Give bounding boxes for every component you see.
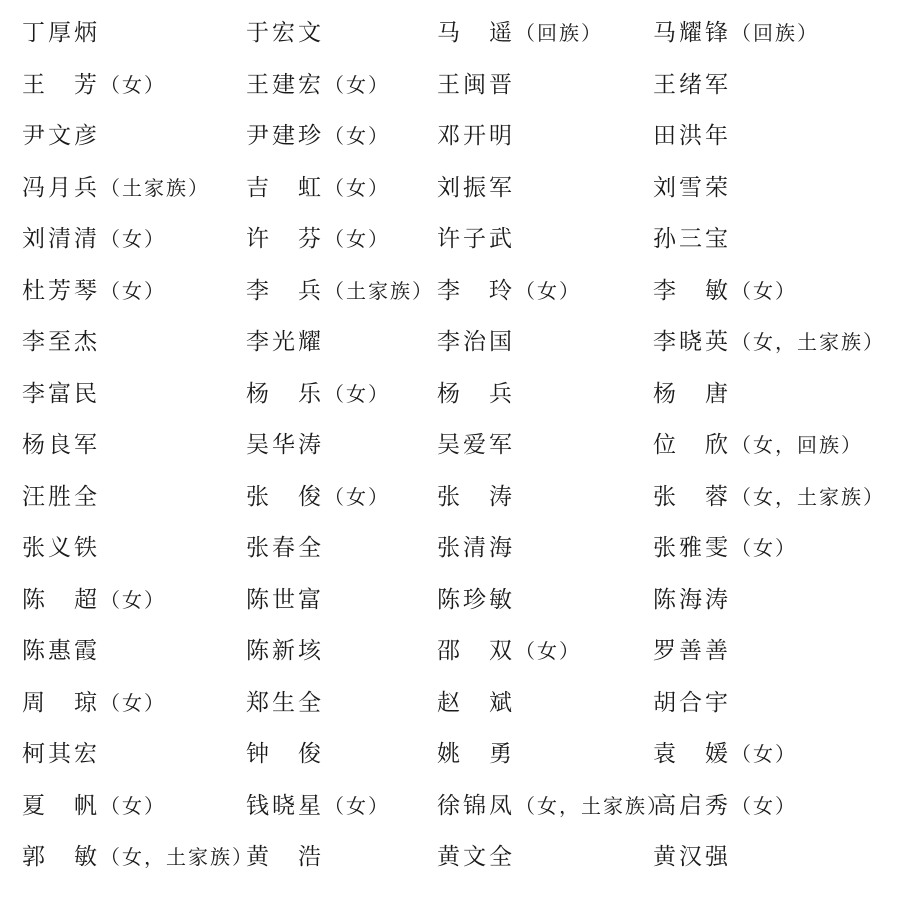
name-entry: 钟 俊 [246, 729, 324, 781]
name-entry: 刘振军 [437, 163, 515, 215]
person-name: 徐锦凤 [437, 793, 515, 819]
name-entry: 罗善善 [653, 626, 731, 678]
person-annotation: （女） [324, 124, 390, 148]
person-name: 刘雪荣 [653, 175, 731, 201]
person-name: 王建宏 [246, 72, 324, 98]
name-entry: 周 琼（女） [22, 678, 166, 730]
person-name: 杨良军 [22, 432, 100, 458]
person-annotation: （女，土家族） [515, 794, 669, 818]
name-list: 丁厚炳于宏文马 遥（回族）马耀锋（回族）王 芳（女）王建宏（女）王闽晋王绪军尹文… [0, 8, 900, 884]
name-entry: 张 俊（女） [246, 472, 390, 524]
person-annotation: （女） [100, 279, 166, 303]
name-row: 张义铁张春全张清海张雅雯（女） [0, 523, 900, 575]
person-name: 陈珍敏 [437, 587, 515, 613]
person-name: 钱晓星 [246, 793, 324, 819]
person-name: 夏 帆 [22, 793, 100, 819]
name-entry: 许子武 [437, 214, 515, 266]
person-annotation: （女） [324, 73, 390, 97]
name-entry: 李 敏（女） [653, 266, 797, 318]
person-name: 张 俊 [246, 484, 324, 510]
person-name: 于宏文 [246, 20, 324, 46]
name-entry: 杨 唐 [653, 369, 731, 421]
name-entry: 王闽晋 [437, 60, 515, 112]
name-entry: 陈新垓 [246, 626, 324, 678]
person-annotation: （女） [324, 176, 390, 200]
name-entry: 袁 媛（女） [653, 729, 797, 781]
name-row: 李富民杨 乐（女）杨 兵杨 唐 [0, 369, 900, 421]
name-entry: 陈珍敏 [437, 575, 515, 627]
name-row: 郭 敏（女，土家族）黄 浩黄文全黄汉强 [0, 832, 900, 884]
name-entry: 吴华涛 [246, 420, 324, 472]
name-entry: 冯月兵（土家族） [22, 163, 210, 215]
person-name: 杨 乐 [246, 381, 324, 407]
person-name: 罗善善 [653, 638, 731, 664]
person-name: 尹建珍 [246, 123, 324, 149]
name-entry: 王绪军 [653, 60, 731, 112]
name-row: 杨良军吴华涛吴爱军位 欣（女，回族） [0, 420, 900, 472]
person-annotation: （土家族） [100, 176, 210, 200]
person-annotation: （女） [731, 279, 797, 303]
person-annotation: （女） [100, 588, 166, 612]
person-name: 陈新垓 [246, 638, 324, 664]
person-annotation: （女） [324, 485, 390, 509]
person-name: 马耀锋 [653, 20, 731, 46]
name-entry: 张雅雯（女） [653, 523, 797, 575]
person-name: 王闽晋 [437, 72, 515, 98]
name-row: 汪胜全张 俊（女）张 涛张 蓉（女，土家族） [0, 472, 900, 524]
person-name: 李富民 [22, 381, 100, 407]
name-entry: 钱晓星（女） [246, 781, 390, 833]
name-entry: 马 遥（回族） [437, 8, 603, 60]
name-row: 陈惠霞陈新垓邵 双（女）罗善善 [0, 626, 900, 678]
person-name: 尹文彦 [22, 123, 100, 149]
person-name: 王 芳 [22, 72, 100, 98]
person-annotation: （女） [100, 691, 166, 715]
person-name: 汪胜全 [22, 484, 100, 510]
person-name: 陈惠霞 [22, 638, 100, 664]
person-annotation: （女，土家族） [100, 845, 254, 869]
person-annotation: （女） [324, 227, 390, 251]
person-name: 袁 媛 [653, 741, 731, 767]
person-annotation: （女） [324, 794, 390, 818]
person-name: 郑生全 [246, 690, 324, 716]
person-name: 位 欣 [653, 432, 731, 458]
name-entry: 陈 超（女） [22, 575, 166, 627]
person-name: 黄文全 [437, 844, 515, 870]
person-annotation: （女） [731, 536, 797, 560]
name-entry: 刘清清（女） [22, 214, 166, 266]
name-entry: 杨 兵 [437, 369, 515, 421]
name-row: 陈 超（女）陈世富陈珍敏陈海涛 [0, 575, 900, 627]
person-name: 李光耀 [246, 329, 324, 355]
name-entry: 李富民 [22, 369, 100, 421]
person-annotation: （女） [100, 73, 166, 97]
name-row: 冯月兵（土家族）吉 虹（女）刘振军刘雪荣 [0, 163, 900, 215]
person-annotation: （女） [515, 279, 581, 303]
name-entry: 邓开明 [437, 111, 515, 163]
person-name: 陈世富 [246, 587, 324, 613]
name-entry: 吴爱军 [437, 420, 515, 472]
person-name: 杜芳琴 [22, 278, 100, 304]
name-entry: 黄文全 [437, 832, 515, 884]
person-name: 李治国 [437, 329, 515, 355]
name-row: 尹文彦尹建珍（女）邓开明田洪年 [0, 111, 900, 163]
person-name: 钟 俊 [246, 741, 324, 767]
name-entry: 张 涛 [437, 472, 515, 524]
name-entry: 马耀锋（回族） [653, 8, 819, 60]
name-entry: 张义铁 [22, 523, 100, 575]
name-entry: 郭 敏（女，土家族） [22, 832, 254, 884]
name-entry: 李光耀 [246, 317, 324, 369]
name-entry: 丁厚炳 [22, 8, 100, 60]
name-row: 柯其宏钟 俊姚 勇袁 媛（女） [0, 729, 900, 781]
person-name: 马 遥 [437, 20, 515, 46]
name-entry: 张 蓉（女，土家族） [653, 472, 885, 524]
name-entry: 王 芳（女） [22, 60, 166, 112]
person-annotation: （女，回族） [731, 433, 863, 457]
person-name: 黄 浩 [246, 844, 324, 870]
person-name: 张义铁 [22, 535, 100, 561]
person-name: 冯月兵 [22, 175, 100, 201]
name-entry: 李至杰 [22, 317, 100, 369]
name-row: 丁厚炳于宏文马 遥（回族）马耀锋（回族） [0, 8, 900, 60]
name-row: 王 芳（女）王建宏（女）王闽晋王绪军 [0, 60, 900, 112]
name-entry: 张春全 [246, 523, 324, 575]
name-entry: 汪胜全 [22, 472, 100, 524]
name-entry: 姚 勇 [437, 729, 515, 781]
name-entry: 杨良军 [22, 420, 100, 472]
name-row: 夏 帆（女）钱晓星（女）徐锦凤（女，土家族）高启秀（女） [0, 781, 900, 833]
person-name: 刘清清 [22, 226, 100, 252]
person-annotation: （女，土家族） [731, 485, 885, 509]
person-name: 柯其宏 [22, 741, 100, 767]
person-name: 李至杰 [22, 329, 100, 355]
person-name: 杨 唐 [653, 381, 731, 407]
person-name: 陈 超 [22, 587, 100, 613]
name-entry: 邵 双（女） [437, 626, 581, 678]
name-entry: 位 欣（女，回族） [653, 420, 863, 472]
person-name: 赵 斌 [437, 690, 515, 716]
name-entry: 田洪年 [653, 111, 731, 163]
person-name: 田洪年 [653, 123, 731, 149]
name-entry: 尹建珍（女） [246, 111, 390, 163]
person-name: 吴爱军 [437, 432, 515, 458]
person-name: 丁厚炳 [22, 20, 100, 46]
name-entry: 郑生全 [246, 678, 324, 730]
person-annotation: （女） [515, 639, 581, 663]
name-entry: 吉 虹（女） [246, 163, 390, 215]
person-name: 张春全 [246, 535, 324, 561]
person-name: 李 玲 [437, 278, 515, 304]
name-entry: 于宏文 [246, 8, 324, 60]
name-entry: 李 玲（女） [437, 266, 581, 318]
person-name: 张 涛 [437, 484, 515, 510]
person-name: 张雅雯 [653, 535, 731, 561]
name-row: 周 琼（女）郑生全赵 斌胡合宇 [0, 678, 900, 730]
person-name: 刘振军 [437, 175, 515, 201]
person-name: 陈海涛 [653, 587, 731, 613]
name-entry: 柯其宏 [22, 729, 100, 781]
name-row: 杜芳琴（女）李 兵（土家族）李 玲（女）李 敏（女） [0, 266, 900, 318]
name-entry: 徐锦凤（女，土家族） [437, 781, 669, 833]
person-annotation: （土家族） [324, 279, 434, 303]
name-entry: 王建宏（女） [246, 60, 390, 112]
name-entry: 杨 乐（女） [246, 369, 390, 421]
name-entry: 李晓英（女，土家族） [653, 317, 885, 369]
name-entry: 陈惠霞 [22, 626, 100, 678]
person-name: 吉 虹 [246, 175, 324, 201]
person-name: 许子武 [437, 226, 515, 252]
name-row: 刘清清（女）许 芬（女）许子武孙三宝 [0, 214, 900, 266]
person-name: 杨 兵 [437, 381, 515, 407]
person-name: 胡合宇 [653, 690, 731, 716]
person-name: 邓开明 [437, 123, 515, 149]
name-entry: 黄 浩 [246, 832, 324, 884]
person-annotation: （回族） [731, 21, 819, 45]
name-entry: 孙三宝 [653, 214, 731, 266]
name-entry: 杜芳琴（女） [22, 266, 166, 318]
person-name: 郭 敏 [22, 844, 100, 870]
name-entry: 赵 斌 [437, 678, 515, 730]
person-annotation: （女） [324, 382, 390, 406]
person-annotation: （女） [731, 742, 797, 766]
person-name: 李 兵 [246, 278, 324, 304]
person-name: 邵 双 [437, 638, 515, 664]
person-annotation: （女） [731, 794, 797, 818]
name-entry: 夏 帆（女） [22, 781, 166, 833]
person-name: 孙三宝 [653, 226, 731, 252]
name-entry: 胡合宇 [653, 678, 731, 730]
name-entry: 李治国 [437, 317, 515, 369]
person-name: 张 蓉 [653, 484, 731, 510]
person-name: 吴华涛 [246, 432, 324, 458]
name-entry: 许 芬（女） [246, 214, 390, 266]
person-name: 李 敏 [653, 278, 731, 304]
name-entry: 尹文彦 [22, 111, 100, 163]
name-entry: 李 兵（土家族） [246, 266, 434, 318]
name-entry: 陈世富 [246, 575, 324, 627]
person-name: 姚 勇 [437, 741, 515, 767]
person-name: 李晓英 [653, 329, 731, 355]
person-name: 许 芬 [246, 226, 324, 252]
name-entry: 陈海涛 [653, 575, 731, 627]
person-name: 高启秀 [653, 793, 731, 819]
person-annotation: （回族） [515, 21, 603, 45]
name-row: 李至杰李光耀李治国李晓英（女，土家族） [0, 317, 900, 369]
person-name: 周 琼 [22, 690, 100, 716]
person-annotation: （女） [100, 227, 166, 251]
person-name: 王绪军 [653, 72, 731, 98]
person-name: 黄汉强 [653, 844, 731, 870]
name-entry: 高启秀（女） [653, 781, 797, 833]
name-entry: 黄汉强 [653, 832, 731, 884]
name-entry: 刘雪荣 [653, 163, 731, 215]
person-name: 张清海 [437, 535, 515, 561]
person-annotation: （女） [100, 794, 166, 818]
name-entry: 张清海 [437, 523, 515, 575]
person-annotation: （女，土家族） [731, 330, 885, 354]
